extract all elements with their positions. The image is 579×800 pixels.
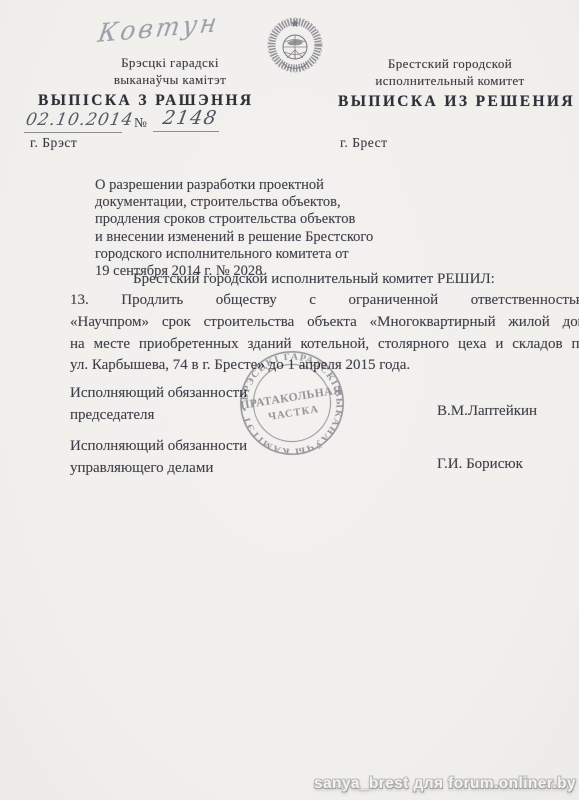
date-underline: [24, 132, 122, 133]
issuer-line: выканаўчы камітэт: [72, 72, 268, 89]
handwritten-approval-note: Ковтун: [96, 5, 260, 48]
issuer-belarusian: Брэсцкі гарадскі выканаўчы камітэт: [72, 55, 268, 88]
handwritten-document-number: 2148: [161, 107, 219, 129]
document-title-russian: ВЫПИСКА ИЗ РЕШЕНИЯ: [338, 93, 575, 111]
city-belarusian: г. Брэст: [30, 135, 77, 151]
subject-line: продления сроков строительства объектов: [95, 211, 440, 228]
scanned-document-page: Ковтун Брэсцкі гарадскі выканаўчы камітэ…: [0, 0, 579, 800]
watermark: sanya_brest для forum.onliner.by: [314, 775, 576, 793]
issuer-line: Брэсцкі гарадскі: [72, 55, 268, 72]
issuer-line: исполнительный комитет: [338, 73, 562, 90]
handwritten-date: 02.10.2014: [24, 110, 135, 130]
subject-line: документации, строительства объектов,: [95, 194, 440, 211]
subject-line: городского исполнительного комитета от: [95, 246, 440, 263]
subject-paragraph: О разрешении разработки проектной докуме…: [95, 177, 440, 280]
subject-line: О разрешении разработки проектной: [95, 177, 440, 194]
stamp-center-line2: ЧАСТКА: [268, 404, 320, 423]
document-title-belarusian: ВЫПІСКА З РАШЭННЯ: [38, 92, 254, 110]
resolution-intro: Брестский городской исполнительный комит…: [133, 271, 495, 288]
number-sign-label: №: [134, 115, 147, 131]
resolution-line: 13. Продлить обществу с ограниченной отв…: [70, 290, 579, 312]
signature-name-chairman: В.М.Лаптейкин: [437, 403, 537, 420]
round-protocol-stamp-icon: БРЭСЦКІ ГАРАДСКІ ВЫКАНАЎЧЫ КАМІТЭТ • ПРА…: [212, 323, 372, 483]
city-russian: г. Брест: [340, 135, 388, 151]
belarus-coat-of-arms-icon: [263, 14, 327, 74]
signature-name-manager: Г.И. Борисюк: [437, 456, 523, 473]
issuer-line: Брестский городской: [338, 56, 562, 73]
issuer-russian: Брестский городской исполнительный комит…: [338, 56, 562, 89]
number-underline: [153, 131, 219, 132]
subject-line: и внесении изменений в решение Брестског…: [95, 229, 440, 246]
